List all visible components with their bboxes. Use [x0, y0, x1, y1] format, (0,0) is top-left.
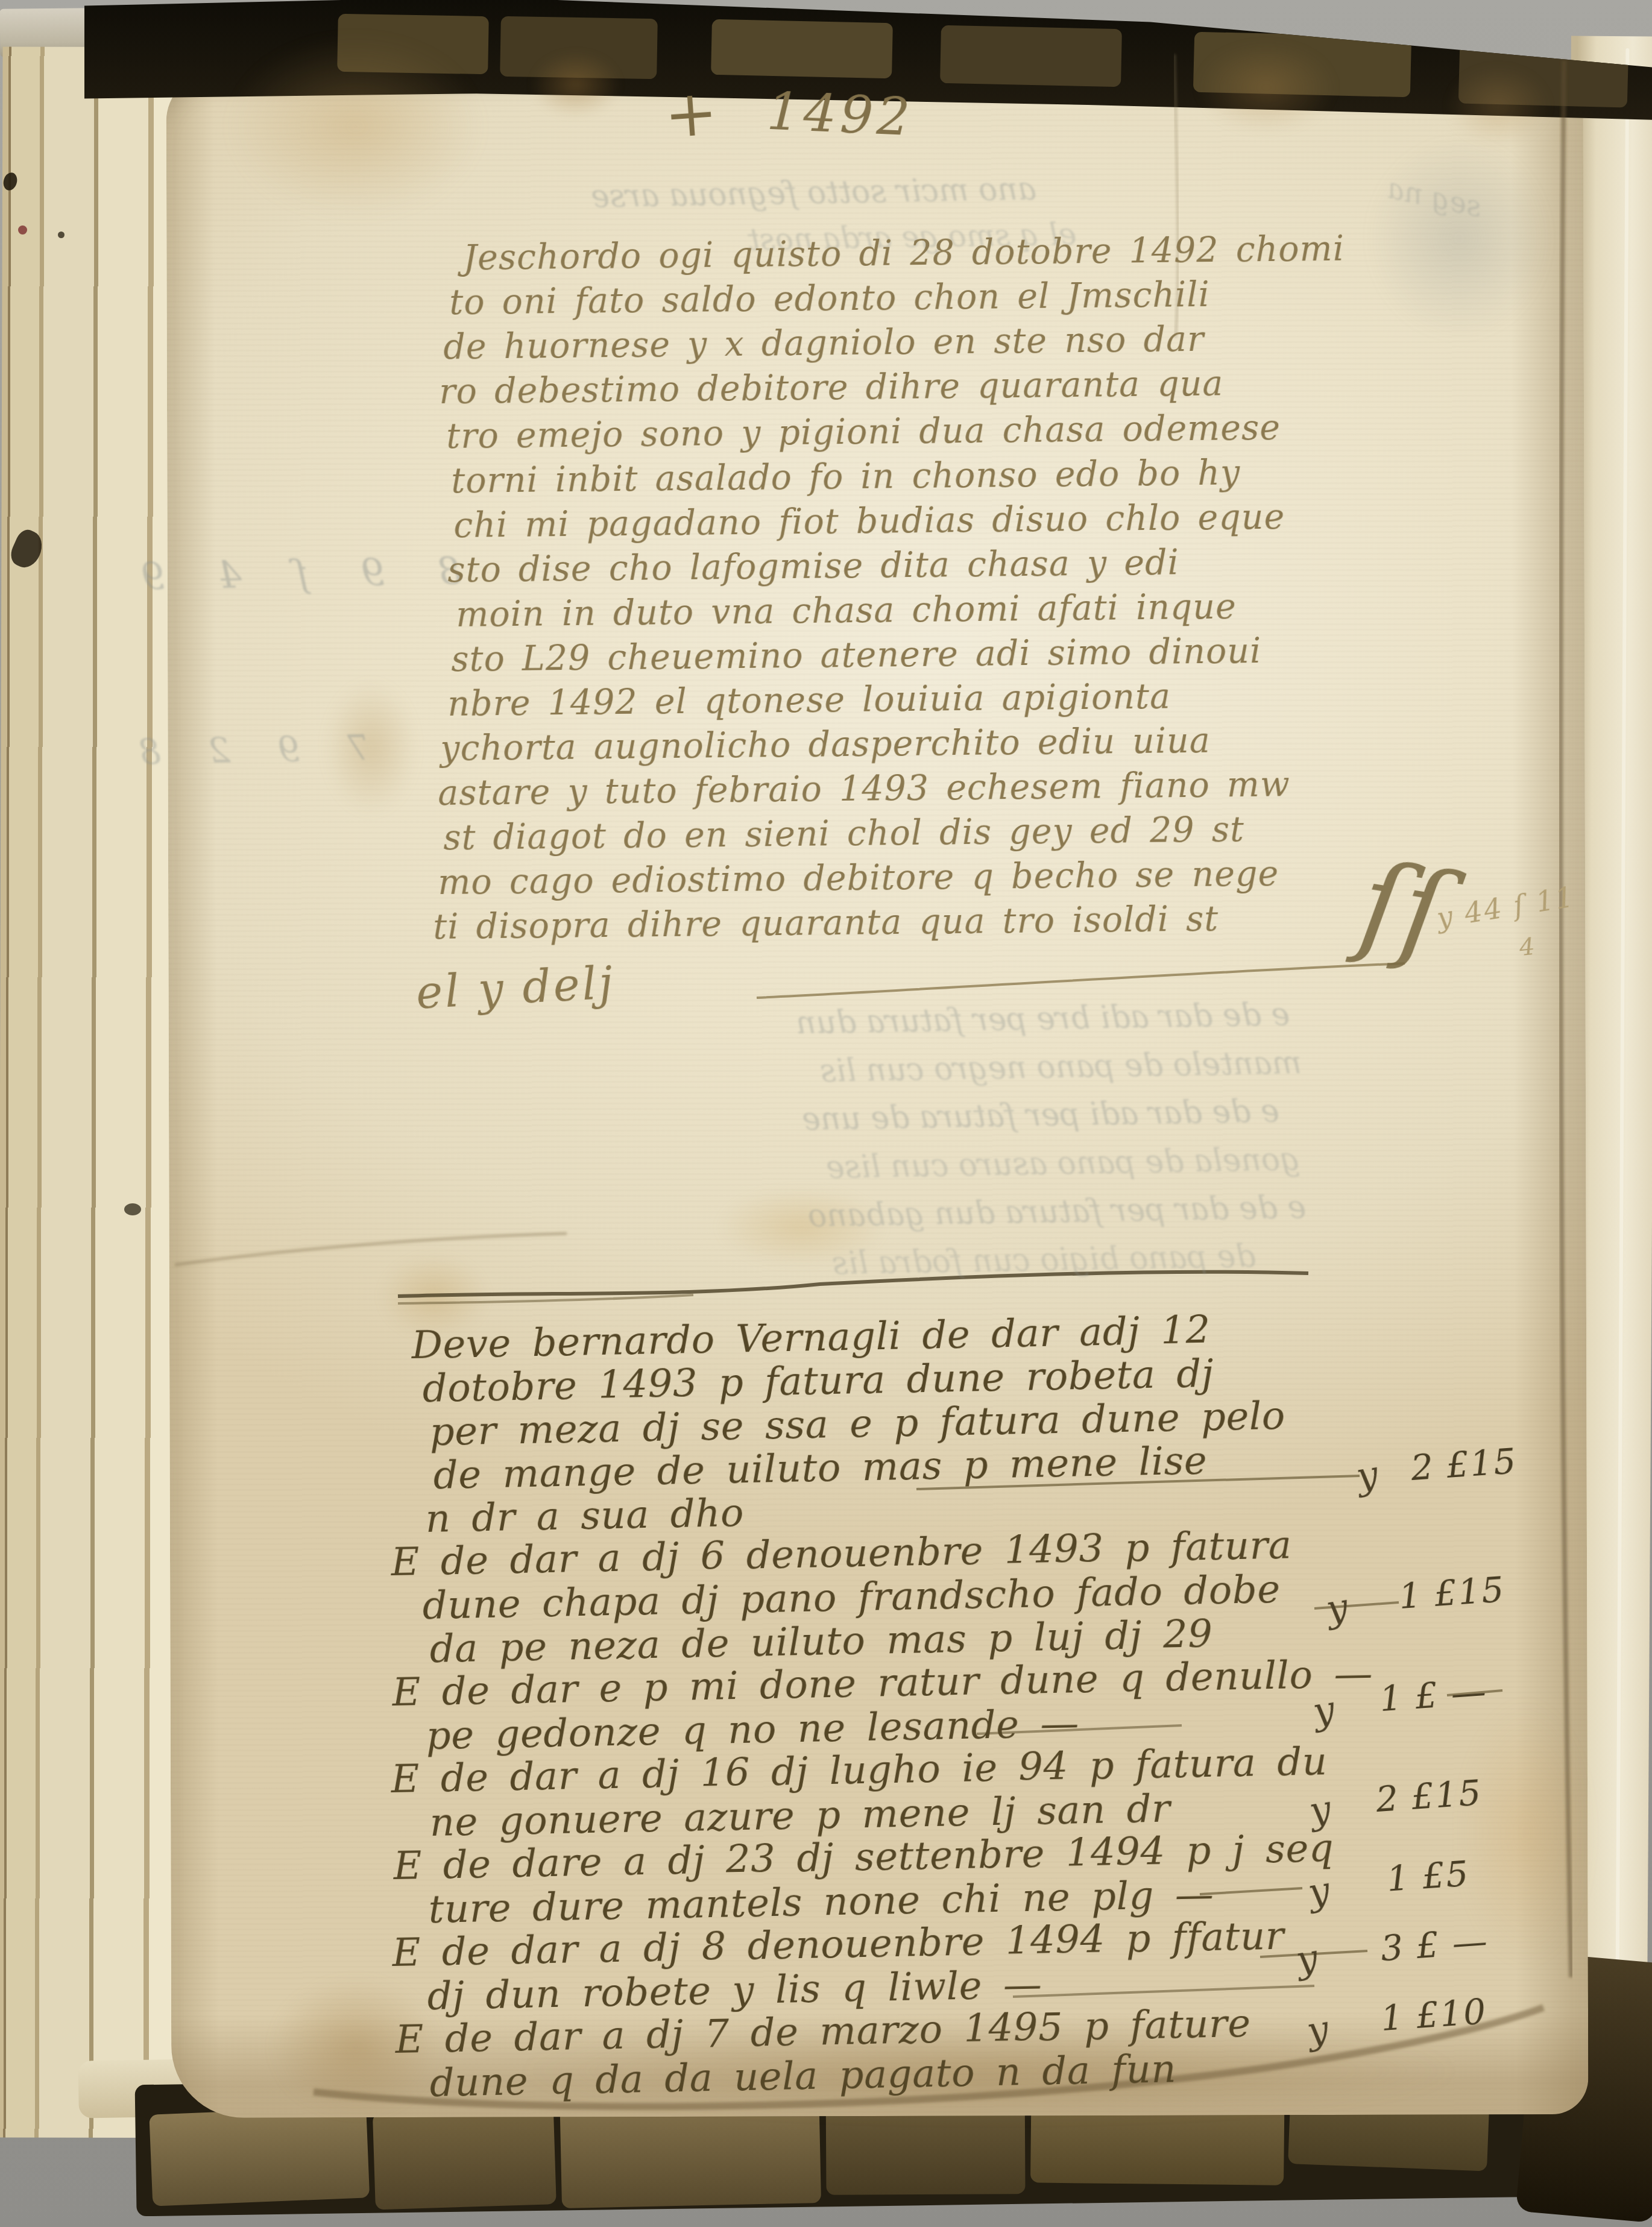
amount-value: 2 £15 [1410, 1440, 1518, 1488]
manuscript-line: sto L29 cheuemino atenere adi simo dinou… [451, 631, 1262, 679]
amount-value: 1 £5 [1386, 1853, 1471, 1899]
bleedthrough-line: de pano bigio cun fodra lis [832, 1238, 1256, 1282]
bleedthrough-digits: 7 9 2 8 [120, 727, 370, 772]
amount-value: 2 £15 [1375, 1772, 1483, 1820]
manuscript-line: ti disopra dihre quaranta qua tro isoldi… [433, 899, 1219, 947]
amount-value: 1 £15 [1398, 1569, 1506, 1617]
amount-dash [1200, 1888, 1302, 1894]
gutter-shadow [1560, 60, 1571, 1977]
entry-underline [757, 963, 1405, 998]
bleedthrough-digits: 8 9 ſ 4 9 [120, 549, 462, 599]
manuscript-line: de huornese y x dagniolo en ste nso dar [443, 320, 1205, 367]
manuscript-line: sto dise cho lafogmise dita chasa y edi [447, 543, 1179, 590]
manuscript-line: ychorta augnolicho dasperchito ediu uiua [440, 721, 1211, 769]
crease-line [175, 1233, 567, 1265]
manuscript-line: torni inbit asalado fo in chonso edo bo … [451, 453, 1241, 501]
heading-cross-mark: + [662, 75, 720, 153]
margin-note-sub: 4 [1518, 933, 1536, 962]
manuscript-line: ro debestimo debitore dihre quaranta qua [439, 364, 1224, 412]
closing-flourish: el y delj [415, 957, 616, 1019]
manuscript-line: to oni fato saldo edonto chon el Jmschil… [449, 275, 1210, 323]
amount-value: 3 £ — [1379, 1921, 1490, 1969]
amount-value: 1 £ — [1378, 1671, 1489, 1719]
manuscript-line: nbre 1492 el qtonese louiuia apigionta [447, 676, 1171, 724]
manuscript-scan: ano mcir sotto fegnoua arse el q smo ge … [0, 0, 1652, 2227]
manuscript-line: st diagot do en sieni chol dis gey ed 29… [443, 810, 1244, 858]
amount-value: 1 £10 [1379, 1991, 1488, 2039]
amount-dash [1013, 1986, 1314, 1997]
manuscript-line: moin in duto vna chasa chomi afati inque [456, 587, 1237, 635]
heading-year: 1492 [766, 81, 915, 148]
